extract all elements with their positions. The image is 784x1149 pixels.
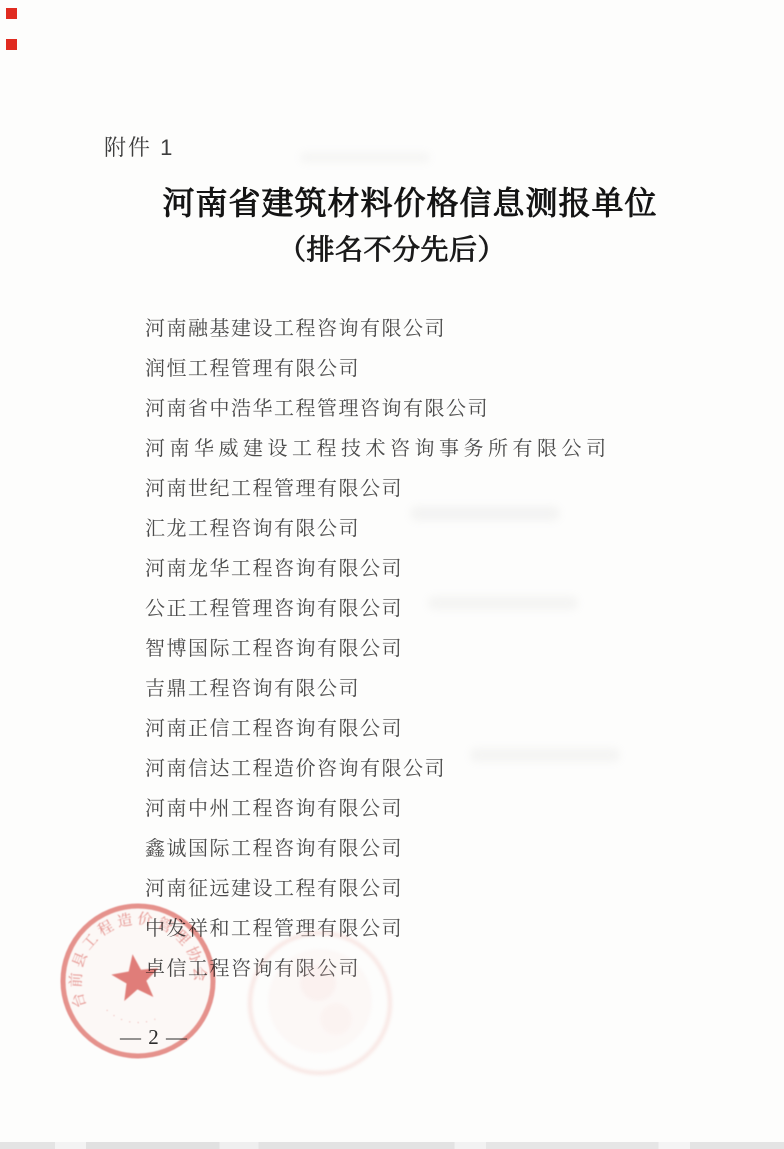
company-name: 河南省中浩华工程管理咨询有限公司 xyxy=(145,389,764,429)
company-name: 河南中州工程咨询有限公司 xyxy=(145,789,764,829)
company-name: 中发祥和工程管理有限公司 xyxy=(145,909,764,949)
document-title: 河南省建筑材料价格信息测报单位 xyxy=(36,178,784,224)
scan-edge-band xyxy=(0,1142,784,1149)
company-name: 汇龙工程咨询有限公司 xyxy=(145,509,764,549)
company-name: 河南征远建设工程有限公司 xyxy=(145,869,764,909)
company-name: 河南融基建设工程咨询有限公司 xyxy=(145,309,764,349)
company-name: 润恒工程管理有限公司 xyxy=(145,349,764,389)
company-name: 卓信工程咨询有限公司 xyxy=(145,949,764,989)
company-name: 鑫诚国际工程咨询有限公司 xyxy=(145,829,764,869)
scanned-document-page: 附件 1 河南省建筑材料价格信息测报单位 （排名不分先后） 河南融基建设工程咨询… xyxy=(0,0,784,1149)
company-name: 公正工程管理咨询有限公司 xyxy=(145,589,764,629)
red-corner-mark xyxy=(6,8,17,19)
company-name: 河南信达工程造价咨询有限公司 xyxy=(145,749,764,789)
company-name: 智博国际工程咨询有限公司 xyxy=(145,629,764,669)
company-name: 河南华威建设工程技术咨询事务所有限公司 xyxy=(145,429,764,469)
scan-smudge xyxy=(300,152,430,163)
document-subtitle: （排名不分先后） xyxy=(0,228,784,268)
ghost-seal xyxy=(240,923,400,1083)
company-name: 河南世纪工程管理有限公司 xyxy=(145,469,764,509)
company-name: 吉鼎工程咨询有限公司 xyxy=(145,669,764,709)
page-number: — 2 — xyxy=(120,1025,188,1050)
company-name: 河南正信工程咨询有限公司 xyxy=(145,709,764,749)
company-name: 河南龙华工程咨询有限公司 xyxy=(145,549,764,589)
red-corner-mark xyxy=(6,39,17,50)
company-list: 河南融基建设工程咨询有限公司 润恒工程管理有限公司 河南省中浩华工程管理咨询有限… xyxy=(145,309,764,989)
attachment-label: 附件 1 xyxy=(104,131,174,162)
